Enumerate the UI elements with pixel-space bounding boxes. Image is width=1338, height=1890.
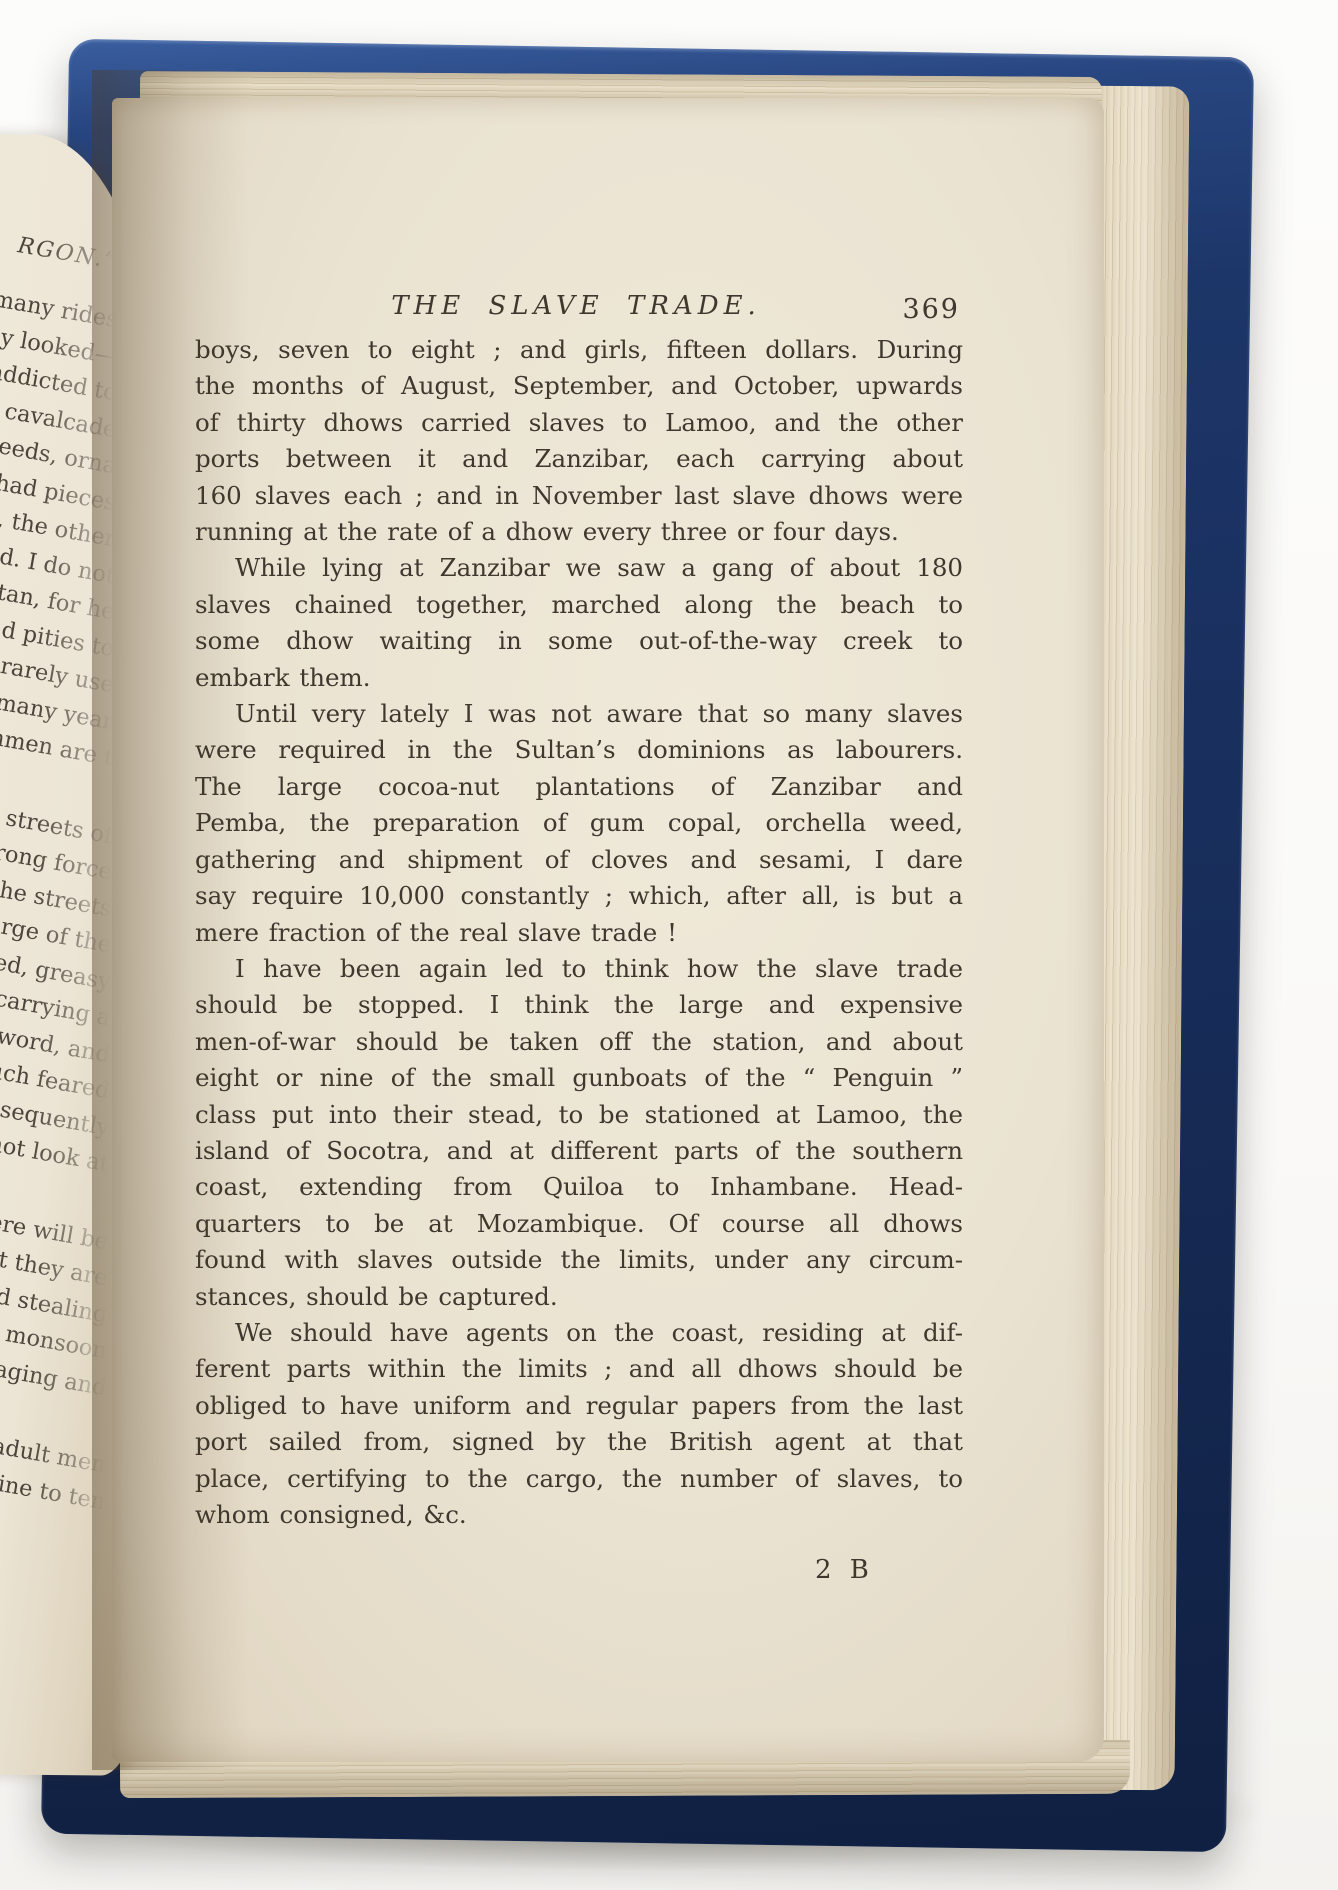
body-line: The large cocoa-nut plantations of Zanzi… <box>195 769 963 805</box>
left-fragment-group: gh the streets ofbs in strong forceowdin… <box>0 814 112 1181</box>
body-line: obliged to have uniform and regular pape… <box>195 1388 963 1424</box>
left-fragment-group: taking many rideshan they looked—, and a… <box>0 298 118 775</box>
book-photograph: { "photo": { "backdrop_color": "#fbfaf8"… <box>0 0 1338 1890</box>
body-line: gathering and shipment of cloves and ses… <box>195 842 963 878</box>
body-line: Until very lately I was not aware that s… <box>195 696 963 732</box>
body-line: mere fraction of the real slave trade ! <box>195 915 963 951</box>
body-line: running at the rate of a dhow every thre… <box>195 514 963 550</box>
body-line: 160 slaves each ; and in November last s… <box>195 478 963 514</box>
right-page: THE SLAVE TRADE. 369 boys, seven to eigh… <box>112 98 1104 1762</box>
signature-mark: 2 B <box>815 1552 935 1588</box>
left-fragment-group: astir—adult menomen, nine to ten <box>0 1443 106 1518</box>
body-line: say require 10,000 constantly ; which, a… <box>195 878 963 914</box>
body-line: island of Socotra, and at different part… <box>195 1133 963 1169</box>
body-line: should be stopped. I think the large and… <box>195 987 963 1023</box>
running-header-title: THE SLAVE TRADE. <box>195 286 957 326</box>
body-line: ferent parts within the limits ; and all… <box>195 1351 963 1387</box>
body-line: the months of August, September, and Oct… <box>195 368 963 404</box>
body-line: Pemba, the preparation of gum copal, orc… <box>195 805 963 841</box>
body-line: coast, extending from Quiloa to Inhamban… <box>195 1169 963 1205</box>
body-line: We should have agents on the coast, resi… <box>195 1315 963 1351</box>
body-line: ports between it and Zanzibar, each carr… <box>195 441 963 477</box>
body-line: I have been again led to think how the s… <box>195 951 963 987</box>
body-text: boys, seven to eight ; and girls, fiftee… <box>195 332 963 1533</box>
body-line: quarters to be at Mozambique. Of course … <box>195 1206 963 1242</box>
body-line: were required in the Sultan’s dominions … <box>195 732 963 768</box>
body-line: place, certifying to the cargo, the numb… <box>195 1461 963 1497</box>
page-number: 369 <box>860 292 960 328</box>
left-page-text: RGON.” taking many rideshan they looked—… <box>0 133 120 1775</box>
body-line: men-of-war should be taken off the stati… <box>195 1024 963 1060</box>
left-running-header-fragment: RGON.” <box>0 211 119 274</box>
body-line: embark them. <box>195 660 963 696</box>
body-line: whom consigned, &c. <box>195 1497 963 1533</box>
body-line: some dhow waiting in some out-of-the-way… <box>195 623 963 659</box>
body-line: While lying at Zanzibar we saw a gang of… <box>195 550 963 586</box>
body-line: found with slaves outside the limits, un… <box>195 1242 963 1278</box>
body-line: boys, seven to eight ; and girls, fiftee… <box>195 332 963 368</box>
body-line: port sailed from, signed by the British … <box>195 1424 963 1460</box>
body-line: slaves chained together, marched along t… <box>195 587 963 623</box>
body-line: class put into their stead, to be statio… <box>195 1097 963 1133</box>
body-line: eight or nine of the small gunboats of t… <box>195 1060 963 1096</box>
body-line: of thirty dhows carried slaves to Lamoo,… <box>195 405 963 441</box>
left-fragment-group: say there will bepresent they areng and … <box>0 1220 108 1405</box>
body-line: stances, should be captured. <box>195 1279 963 1315</box>
left-fragment-groups: taking many rideshan they looked—, and a… <box>0 298 118 1518</box>
